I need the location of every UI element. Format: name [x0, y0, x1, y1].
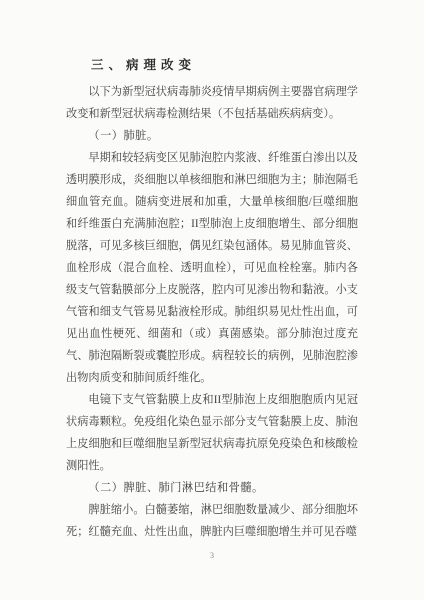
document-page: 三、病理改变 以下为新型冠状病毒肺炎疫情早期病例主要器官病理学改变和新型冠状病毒…	[66, 54, 358, 543]
paragraph-spleen-pathology: 脾脏缩小。白髓萎缩，淋巴细胞数量减少、部分细胞坏死；红髓充血、灶性出血，脾脏内巨…	[66, 499, 358, 543]
paragraph-electron-microscopy: 电镜下支气管黏膜上皮和II型肺泡上皮细胞胞质内见冠状病毒颗粒。免疫组化染色显示部…	[66, 389, 358, 477]
page-number: 3	[0, 550, 424, 562]
paragraph-intro: 以下为新型冠状病毒肺炎疫情早期病例主要器官病理学改变和新型冠状病毒检测结果（不包…	[66, 81, 358, 125]
subsection-heading-lung: （一）肺脏。	[66, 125, 358, 147]
section-heading: 三、病理改变	[66, 54, 358, 76]
subsection-heading-spleen-lymph-marrow: （二）脾脏、肺门淋巴结和骨髓。	[66, 477, 358, 499]
paragraph-lung-pathology: 早期和较轻病变区见肺泡腔内浆液、纤维蛋白渗出以及透明膜形成，炎细胞以单核细胞和淋…	[66, 147, 358, 389]
